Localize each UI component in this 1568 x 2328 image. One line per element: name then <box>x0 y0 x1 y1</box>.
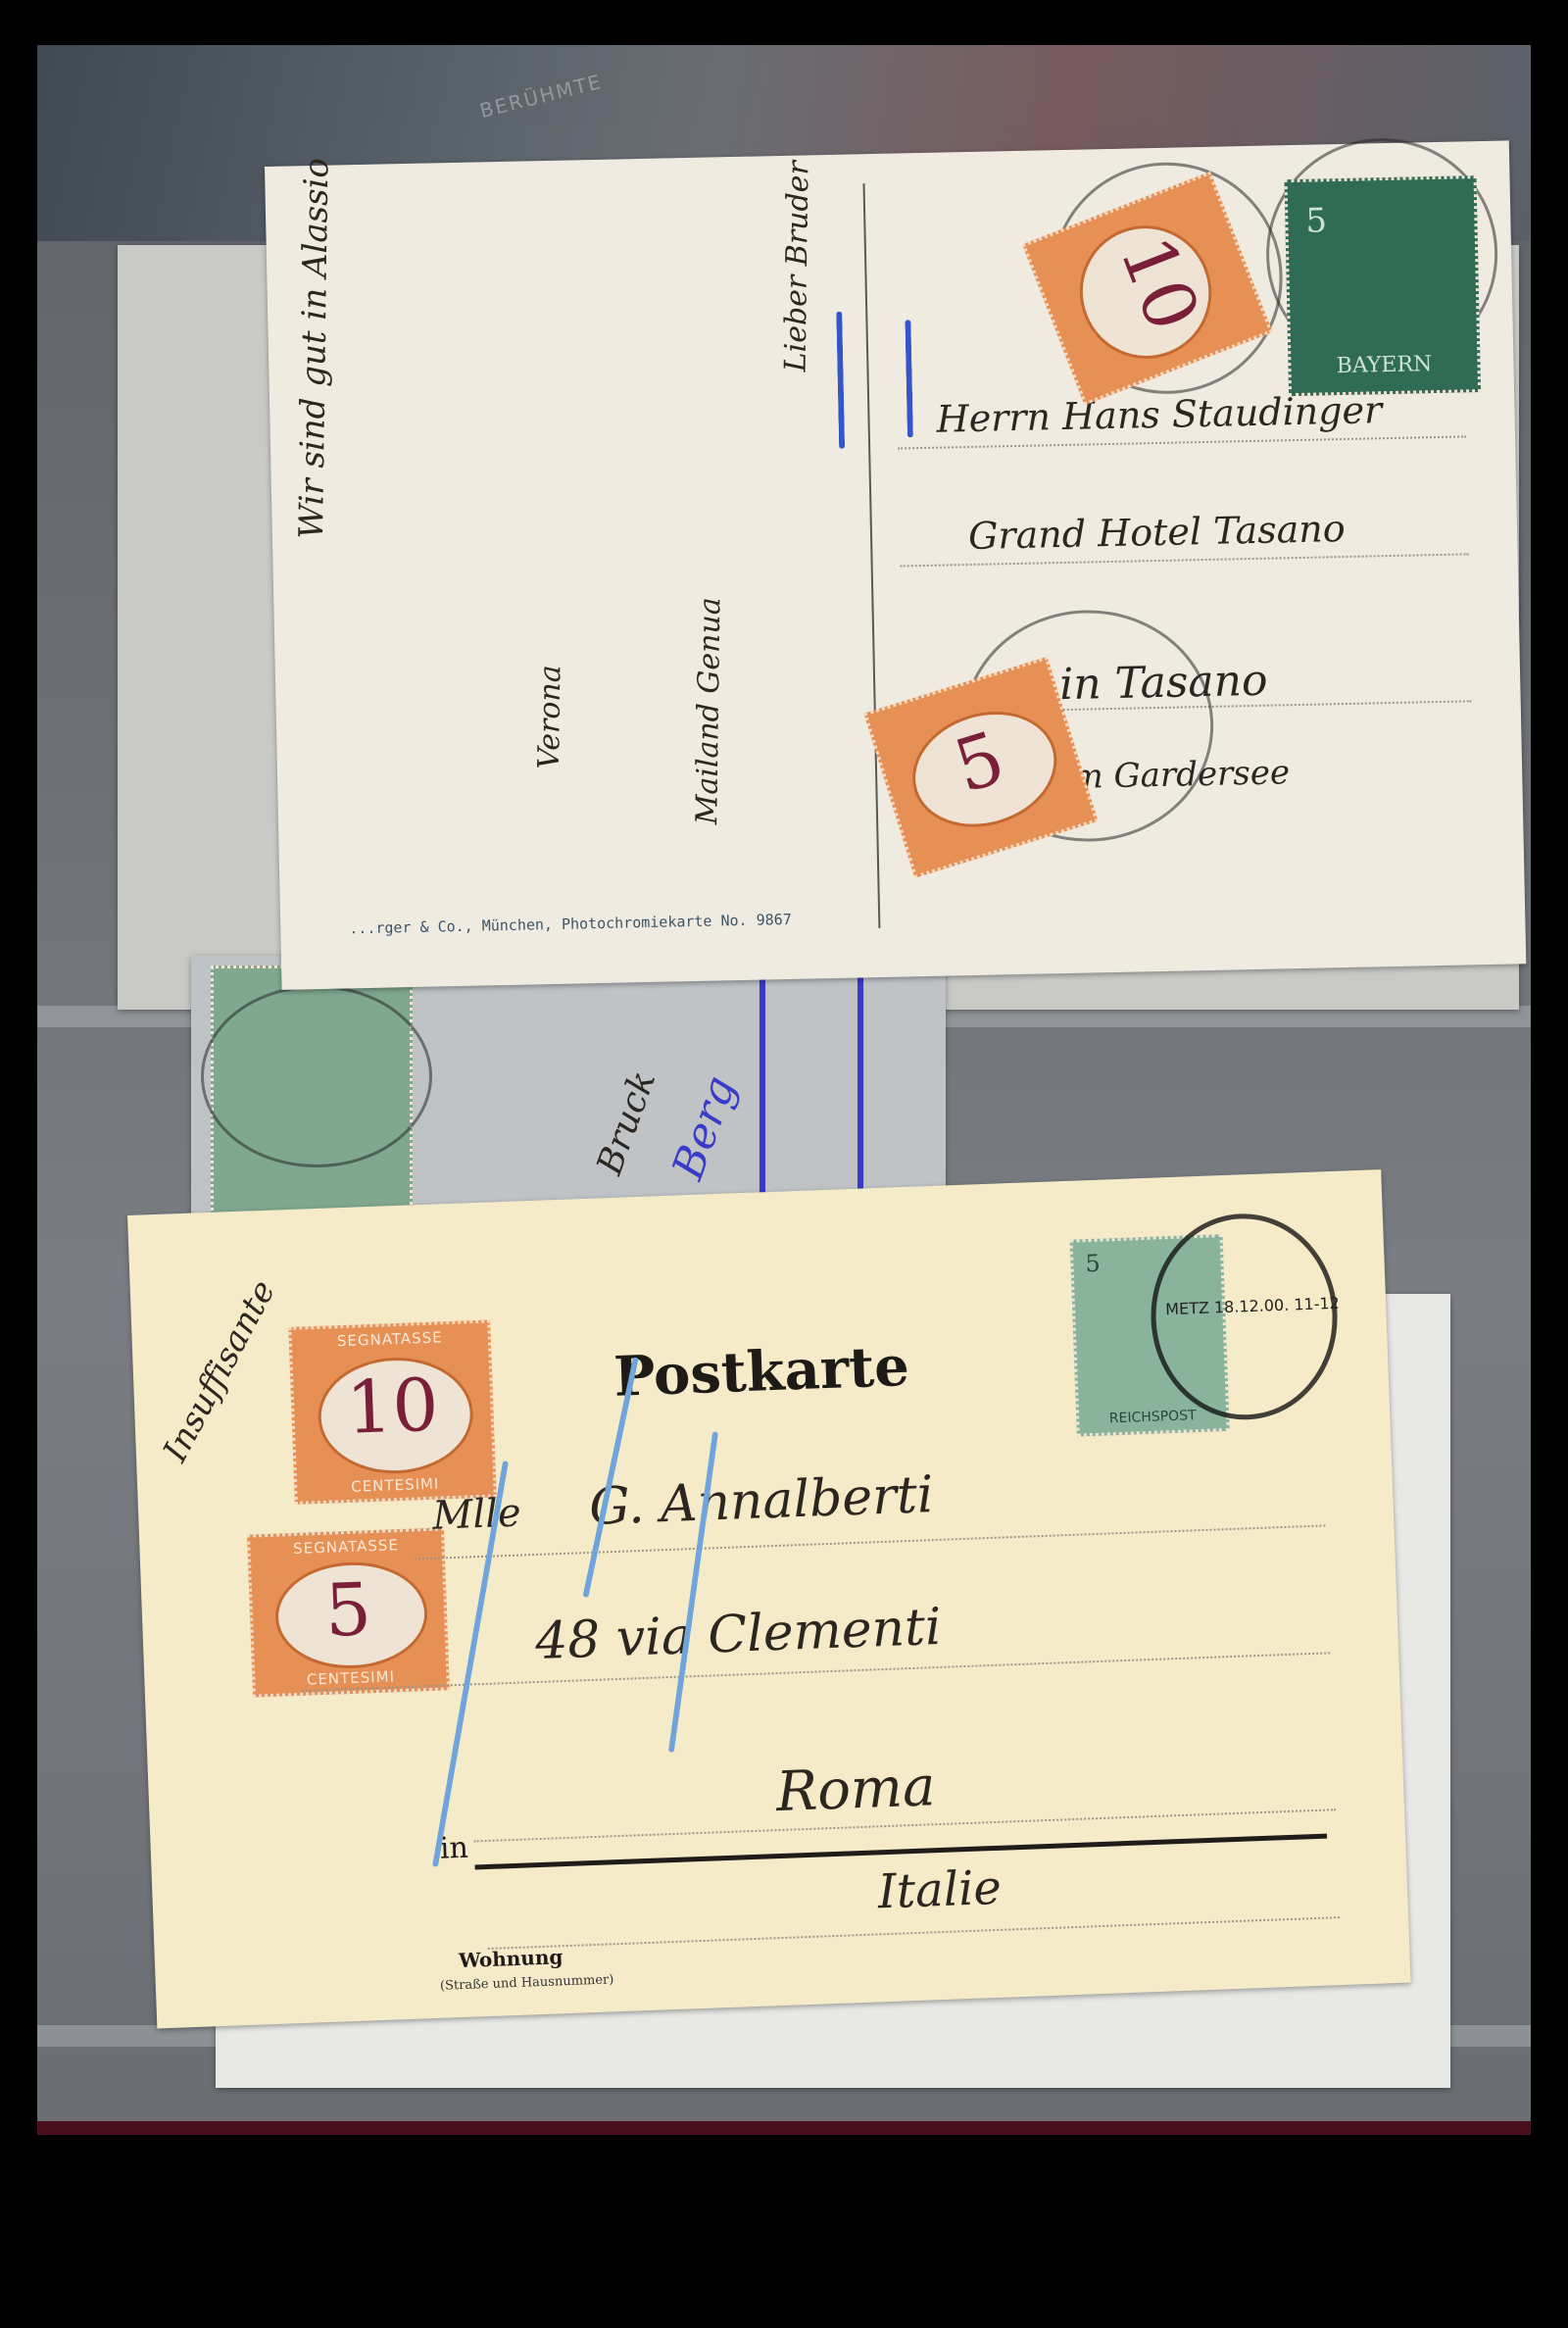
address-line <box>488 1916 1340 1950</box>
handwriting: Bruck <box>590 1065 664 1179</box>
country: Italie <box>877 1860 1003 1920</box>
address-line2: Grand Hotel Tasano <box>968 507 1346 558</box>
address-line1: Herrn Hans Staudinger <box>936 388 1383 441</box>
city-prefix: in <box>439 1831 468 1866</box>
publisher-line: ...rger & Co., München, Photochromiekart… <box>349 911 792 937</box>
address-line2: 48 via Clementi <box>534 1598 942 1671</box>
bg-text: BERÜHMTE <box>477 70 605 123</box>
divider-line <box>862 183 880 928</box>
message-line: Lieber Bruder <box>778 161 815 372</box>
side-note: Insuffisante <box>156 1274 283 1468</box>
wohnung-label: Wohnung <box>459 1945 563 1972</box>
message-line: Mailand Genua <box>690 597 727 824</box>
postcard-bottom: Postkarte Insuffisante SEGNATASSE 10 CEN… <box>127 1169 1411 2028</box>
handwriting: Berg <box>662 1069 746 1186</box>
wohnung-sublabel: (Straße und Hausnummer) <box>440 1972 614 1993</box>
postcard-top: Wir sind gut in Alassio Lieber Bruder Ve… <box>265 140 1526 989</box>
message-line: Verona <box>532 665 567 769</box>
postmark <box>201 985 432 1167</box>
address-line <box>415 1524 1325 1560</box>
blue-pencil-mark <box>836 312 845 449</box>
city: Roma <box>775 1755 937 1824</box>
bayern-stamp: 5 BAYERN <box>1285 175 1482 396</box>
address-line1: G. Annalberti <box>588 1465 934 1537</box>
salutation: Mlle <box>432 1491 522 1539</box>
message-line: Wir sind gut in Alassio <box>292 158 336 539</box>
blue-line <box>759 966 765 1230</box>
postage-due-stamp-5: SEGNATASSE 5 CENTESIMI <box>247 1527 450 1697</box>
postage-due-stamp-10: SEGNATASSE 10 CENTESIMI <box>288 1320 496 1505</box>
album-frame-edge <box>37 2121 1531 2135</box>
blue-pencil-mark <box>905 320 913 437</box>
postkarte-heading: Postkarte <box>612 1334 910 1410</box>
